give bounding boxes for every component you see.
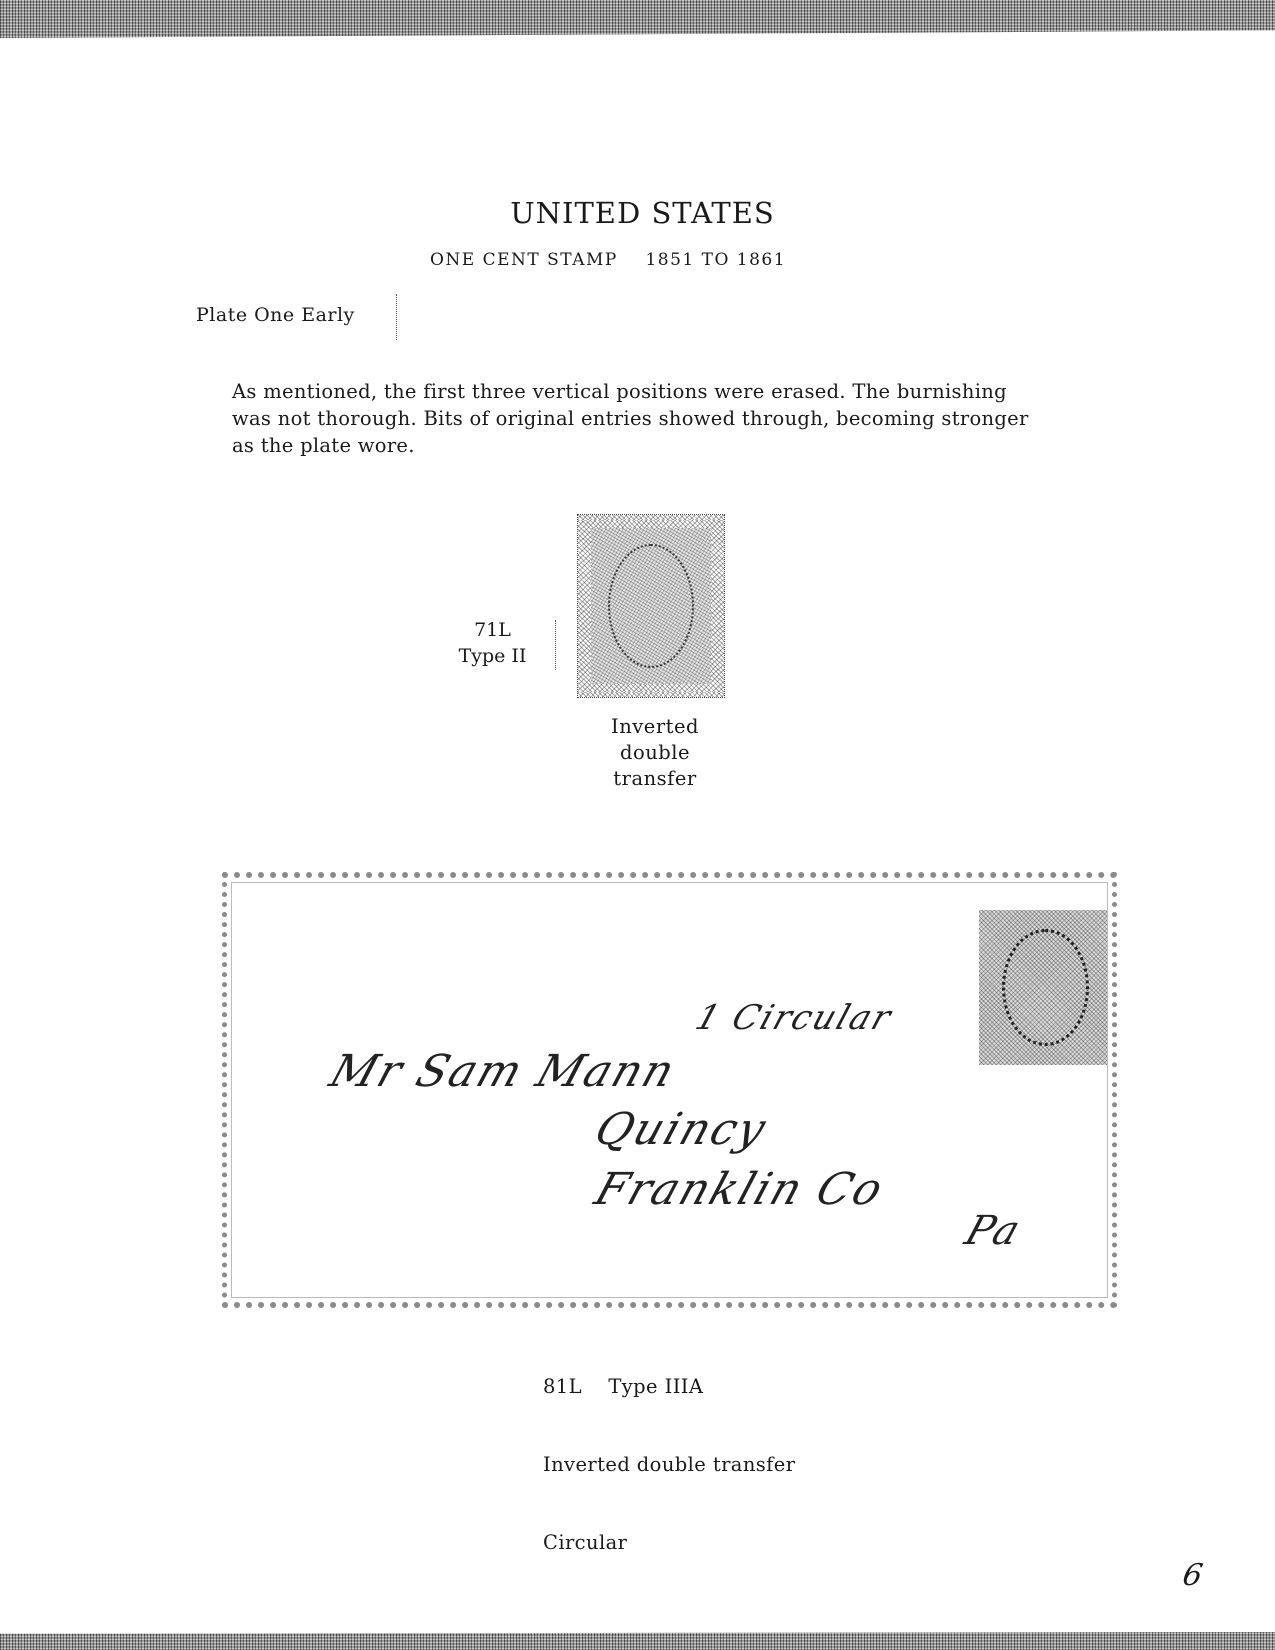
page-title: UNITED STATES	[0, 196, 1275, 230]
caption-line: 81L Type IIIA	[543, 1374, 795, 1400]
scan-border-bottom	[0, 1632, 1275, 1650]
caption-line: Circular	[543, 1530, 795, 1556]
paragraph-line: as the plate wore.	[232, 432, 1132, 459]
caption-line: Inverted double transfer	[543, 1452, 795, 1478]
caption-line: double	[595, 740, 715, 766]
divider	[555, 620, 556, 670]
stamp-oval-frame	[608, 544, 694, 669]
handwriting-rate-note: 1 Circular	[691, 998, 898, 1038]
handwriting-addressee: Mr Sam Mann	[324, 1046, 683, 1097]
stamp-position: 71L	[440, 617, 545, 643]
stamp-position-label: 71L Type II	[440, 617, 545, 669]
page-number: 6	[1180, 1558, 1205, 1593]
paragraph-line: As mentioned, the first three vertical p…	[232, 378, 1132, 405]
divider	[396, 294, 397, 340]
description-paragraph: As mentioned, the first three vertical p…	[232, 378, 1132, 459]
cover-envelope: 1 Circular Mr Sam Mann Quincy Franklin C…	[222, 872, 1117, 1308]
handwriting-town: Quincy	[589, 1104, 774, 1155]
handwriting-county: Franklin Co	[589, 1164, 891, 1215]
paragraph-line: was not thorough. Bits of original entri…	[232, 405, 1132, 432]
stamp-portrait	[591, 528, 711, 684]
page-subtitle: ONE CENT STAMP 1851 TO 1861	[430, 250, 786, 270]
caption-line: Inverted	[595, 714, 715, 740]
stamp-type: Type II	[440, 643, 545, 669]
stamp-caption: Inverted double transfer	[595, 714, 715, 792]
envelope-stamp	[979, 910, 1107, 1065]
stamp-image	[578, 515, 724, 697]
section-label: Plate One Early	[196, 304, 355, 326]
cover-caption: 81L Type IIIA Inverted double transfer C…	[543, 1322, 795, 1582]
cancel-mark	[1002, 929, 1089, 1047]
caption-line: transfer	[595, 766, 715, 792]
scan-border-top	[0, 0, 1275, 38]
